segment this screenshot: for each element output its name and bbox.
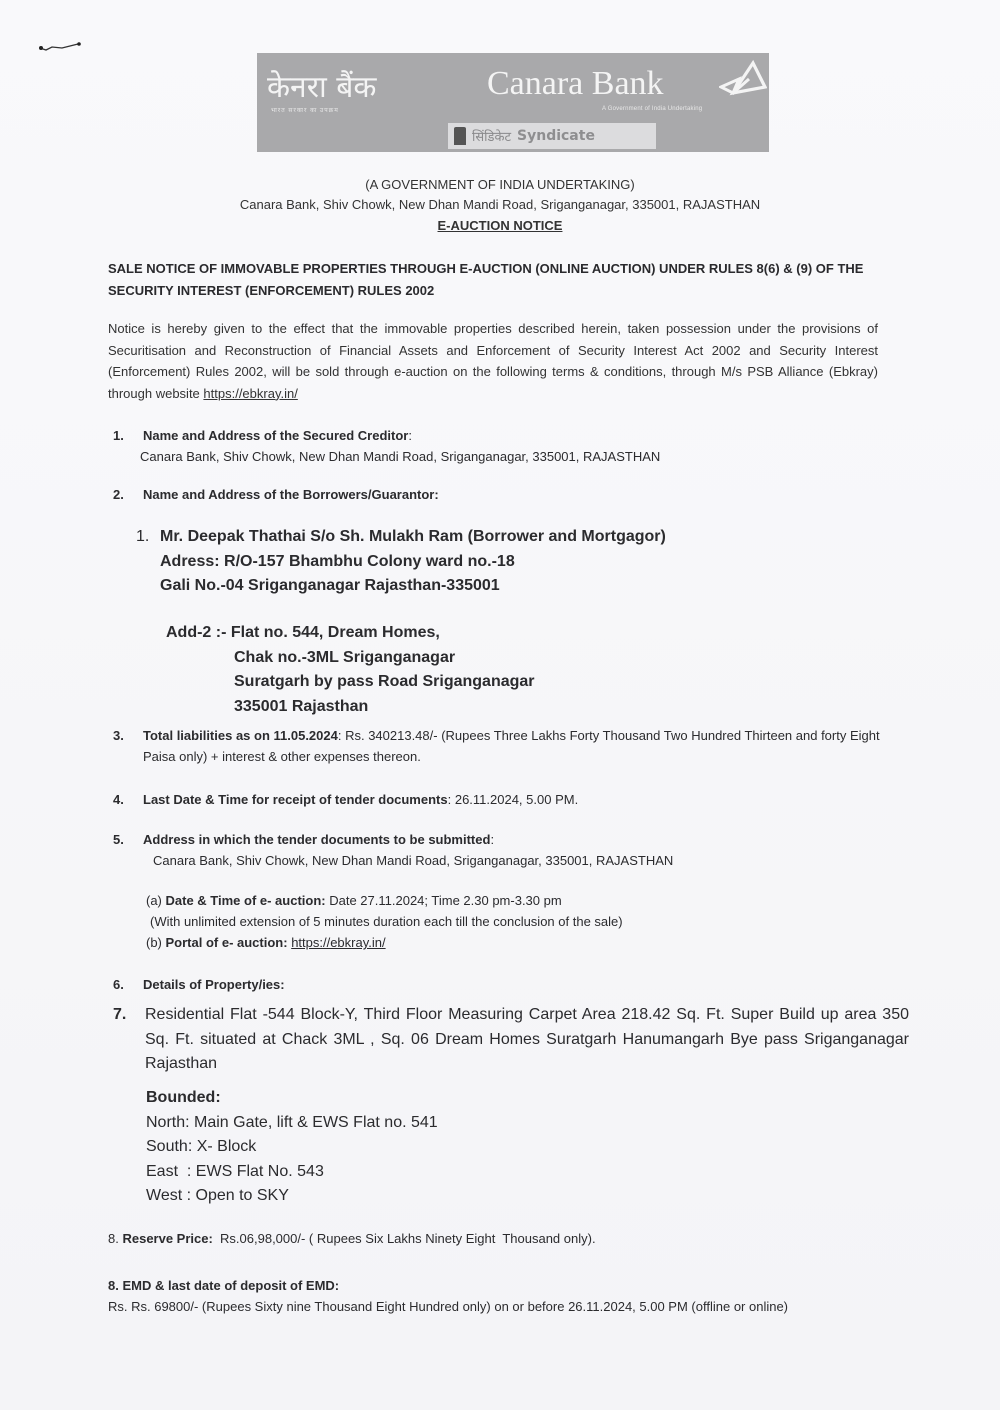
borrower-name: Mr. Deepak Thathai S/o Sh. Mulakh Ram (B… xyxy=(160,528,666,545)
add2-label: Add-2 :- xyxy=(166,624,231,641)
sale-notice-heading: SALE NOTICE OF IMMOVABLE PROPERTIES THRO… xyxy=(108,258,898,302)
syndicate-figure-icon xyxy=(454,127,466,145)
add2-line2: Chak no.-3ML Sriganganagar xyxy=(166,646,766,671)
add2-line3: Suratgarh by pass Road Sriganganagar xyxy=(166,670,766,695)
item-value: Canara Bank, Shiv Chowk, New Dhan Mandi … xyxy=(113,446,893,467)
item-property-description: 7.Residential Flat -544 Block-Y, Third F… xyxy=(113,1003,909,1077)
bank-name-hindi: केनरा बैंक xyxy=(267,65,376,106)
item-value: Rs. Rs. 69800/- (Rupees Sixty nine Thous… xyxy=(108,1296,880,1317)
item-title: Total liabilities as on 11.05.2024 xyxy=(143,728,338,743)
scanned-page: केनरा बैंक Canara Bank भारत सरकार का उपक… xyxy=(0,0,1000,1410)
item-title: Last Date & Time for receipt of tender d… xyxy=(143,792,448,807)
item-property-details-heading: 6.Details of Property/ies: xyxy=(113,974,893,995)
canara-triangle-logo-icon xyxy=(719,57,767,99)
item-value: Rs.06,98,000/- ( Rupees Six Lakhs Ninety… xyxy=(213,1231,596,1246)
item-number: 8. xyxy=(108,1231,119,1246)
auction-date-label: Date & Time of e- auction: xyxy=(166,893,326,908)
item-value: : 26.11.2024, 5.00 PM. xyxy=(448,792,579,807)
item-number: 1. xyxy=(113,425,143,446)
borrower-address-line1: Adress: R/O-157 Bhambhu Colony ward no.-… xyxy=(136,550,836,575)
ebkray-link[interactable]: https://ebkray.in/ xyxy=(203,386,297,401)
auction-date-value: Date 27.11.2024; Time 2.30 pm-3.30 pm xyxy=(326,893,562,908)
borrower-block: 1.Mr. Deepak Thathai S/o Sh. Mulakh Ram … xyxy=(136,525,836,599)
item-total-liabilities: 3.Total liabilities as on 11.05.2024: Rs… xyxy=(113,725,908,767)
borrower-number: 1. xyxy=(136,525,160,550)
auction-extension-note: (With unlimited extension of 5 minutes d… xyxy=(146,911,886,932)
property-description: Residential Flat -544 Block-Y, Third Flo… xyxy=(145,1006,909,1072)
govt-undertaking-line: (A GOVERNMENT OF INDIA UNDERTAKING) xyxy=(0,177,1000,192)
auction-b-prefix: (b) xyxy=(146,935,166,950)
syndicate-logo-strip: सिंडिकेट Syndicate xyxy=(448,123,656,149)
bank-name-english: Canara Bank xyxy=(487,65,664,103)
tagline-hindi: भारत सरकार का उपक्रम xyxy=(271,106,339,114)
item-tender-address: 5.Address in which the tender documents … xyxy=(113,829,893,871)
notice-title: E-AUCTION NOTICE xyxy=(0,218,1000,233)
boundary-east: East : EWS Flat No. 543 xyxy=(146,1160,746,1185)
auction-details: (a) Date & Time of e- auction: Date 27.1… xyxy=(146,890,886,953)
item-title: Name and Address of the Secured Creditor xyxy=(143,428,408,443)
bank-address-line: Canara Bank, Shiv Chowk, New Dhan Mandi … xyxy=(0,197,1000,212)
item-title: EMD & last date of deposit of EMD: xyxy=(122,1278,339,1293)
item-tender-last-date: 4.Last Date & Time for receipt of tender… xyxy=(113,789,893,810)
boundary-south: South: X- Block xyxy=(146,1135,746,1160)
item-borrowers-heading: 2.Name and Address of the Borrowers/Guar… xyxy=(113,484,893,505)
item-number: 8. xyxy=(108,1278,119,1293)
boundary-west: West : Open to SKY xyxy=(146,1184,746,1209)
auction-a-prefix: (a) xyxy=(146,893,166,908)
item-number: 3. xyxy=(113,725,143,746)
bounded-label: Bounded: xyxy=(146,1086,746,1111)
tagline-english: A Government of India Undertaking xyxy=(602,106,702,112)
syndicate-hindi: सिंडिकेट xyxy=(472,127,511,145)
item-secured-creditor: 1.Name and Address of the Secured Credit… xyxy=(113,425,893,467)
scan-artifact-mark xyxy=(38,42,84,54)
auction-portal-link[interactable]: https://ebkray.in/ xyxy=(291,935,385,950)
add2-line1: Flat no. 544, Dream Homes, xyxy=(231,624,440,641)
item-value: Canara Bank, Shiv Chowk, New Dhan Mandi … xyxy=(113,850,893,871)
item-title: Address in which the tender documents to… xyxy=(143,832,490,847)
item-title: Reserve Price: xyxy=(122,1231,212,1246)
item-number: 7. xyxy=(113,1003,145,1028)
item-emd: 8. EMD & last date of deposit of EMD: Rs… xyxy=(108,1275,880,1317)
syndicate-english: Syndicate xyxy=(517,128,595,144)
item-number: 5. xyxy=(113,829,143,850)
add2-line4: 335001 Rajasthan xyxy=(166,695,766,720)
auction-portal-label: Portal of e- auction: xyxy=(166,935,288,950)
intro-paragraph: Notice is hereby given to the effect tha… xyxy=(108,318,878,404)
borrower-address-2: Add-2 :- Flat no. 544, Dream Homes, Chak… xyxy=(166,621,766,719)
property-boundaries: Bounded: North: Main Gate, lift & EWS Fl… xyxy=(146,1086,746,1209)
item-number: 6. xyxy=(113,974,143,995)
boundary-north: North: Main Gate, lift & EWS Flat no. 54… xyxy=(146,1111,746,1136)
item-number: 4. xyxy=(113,789,143,810)
item-title: Details of Property/ies: xyxy=(143,977,285,992)
borrower-address-line2: Gali No.-04 Sriganganagar Rajasthan-3350… xyxy=(136,574,836,599)
item-title: Name and Address of the Borrowers/Guaran… xyxy=(143,487,439,502)
bank-logo-banner: केनरा बैंक Canara Bank भारत सरकार का उपक… xyxy=(257,53,769,152)
item-reserve-price: 8. Reserve Price: Rs.06,98,000/- ( Rupee… xyxy=(108,1228,888,1249)
item-number: 2. xyxy=(113,484,143,505)
